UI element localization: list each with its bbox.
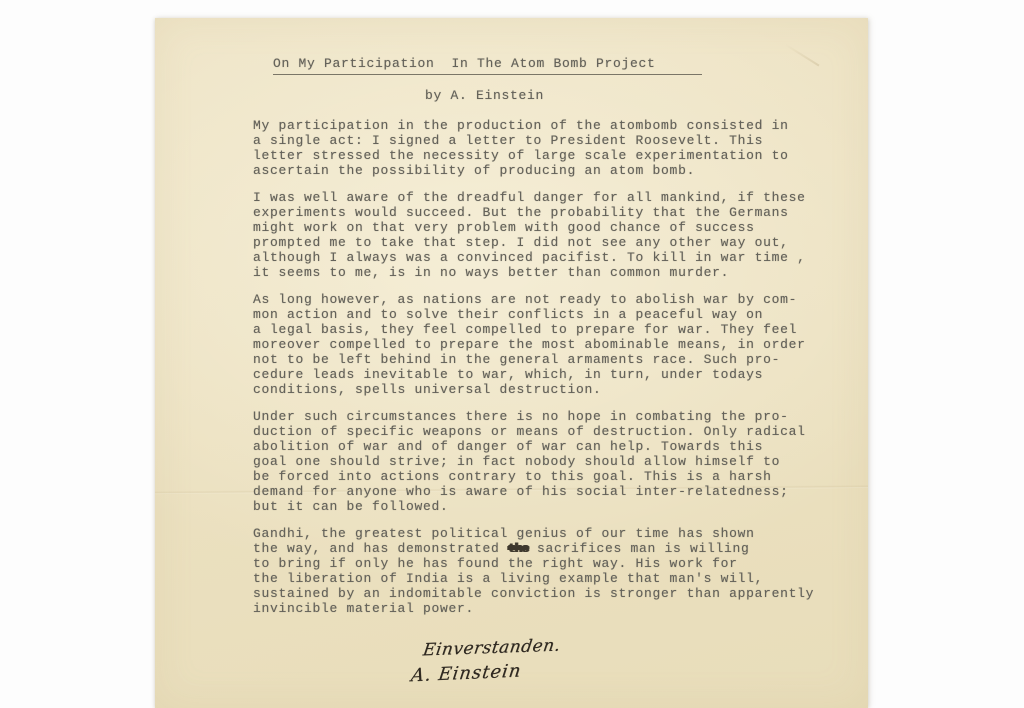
document-body: On My Participation In The Atom Bomb Pro… bbox=[155, 18, 868, 616]
signature-einverstanden: Einverstanden. bbox=[422, 636, 562, 661]
document-page: On My Participation In The Atom Bomb Pro… bbox=[155, 18, 868, 708]
paragraph-1: My participation in the production of th… bbox=[253, 118, 868, 178]
byline: by A. Einstein bbox=[425, 88, 868, 103]
struck-out-word: the bbox=[508, 541, 528, 556]
paragraph-3: As long however, as nations are not read… bbox=[253, 292, 868, 397]
signature-block: Einverstanden. A. Einstein bbox=[423, 638, 561, 683]
paragraph-2: I was well aware of the dreadful danger … bbox=[253, 190, 868, 280]
signature-a-einstein: A. Einstein bbox=[410, 659, 562, 687]
document-title: On My Participation In The Atom Bomb Pro… bbox=[273, 56, 702, 75]
paragraph-5: Gandhi, the greatest political genius of… bbox=[253, 526, 868, 616]
scan-background: On My Participation In The Atom Bomb Pro… bbox=[0, 0, 1024, 708]
paragraph-4: Under such circumstances there is no hop… bbox=[253, 409, 868, 514]
